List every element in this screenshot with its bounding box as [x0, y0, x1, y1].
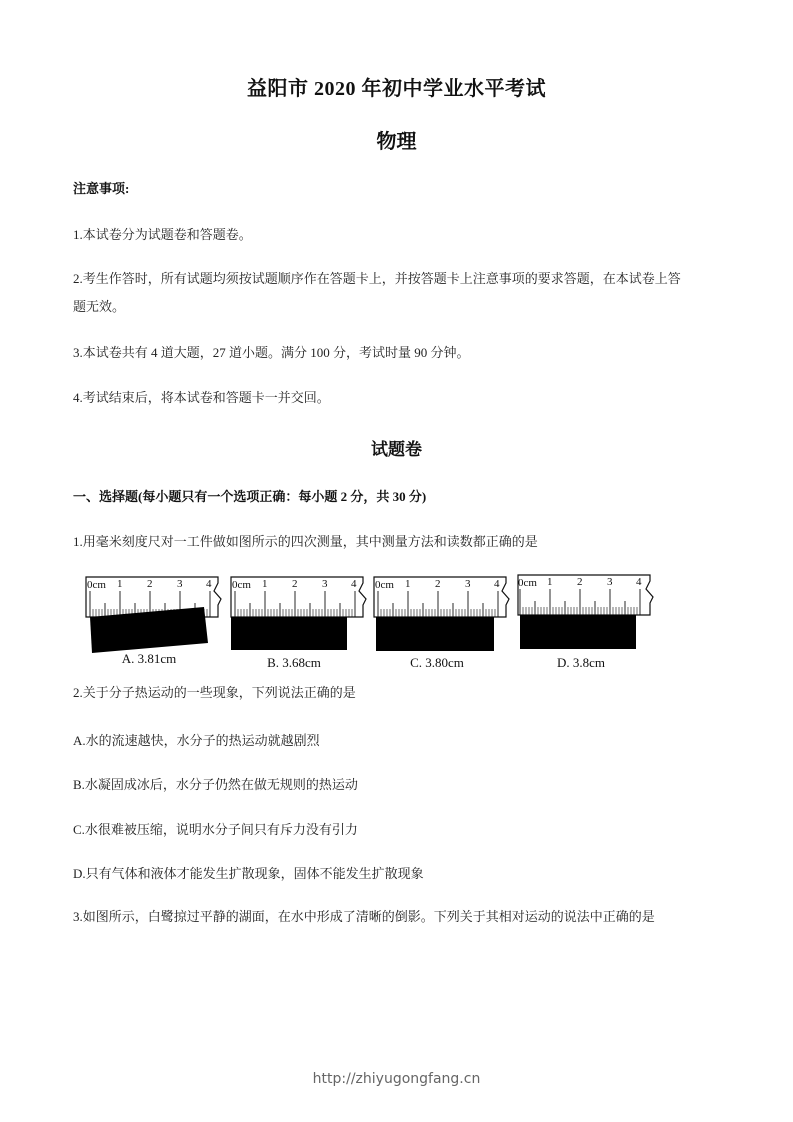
option-c-label: C. 3.80cm [372, 655, 502, 671]
question-3-stem: 3.如图所示，白鹭掠过平静的湖面，在水中形成了清晰的倒影。下列关于其相对运动的说… [73, 906, 655, 925]
svg-text:0cm: 0cm [375, 579, 394, 591]
svg-text:4: 4 [206, 578, 212, 590]
option-b-label: B. 3.68cm [229, 655, 359, 671]
notice-heading: 注意事项: [73, 178, 129, 197]
svg-text:2: 2 [577, 576, 583, 588]
exam-title: 益阳市 2020 年初中学业水平考试 [0, 72, 793, 101]
ruler-d-icon: 0cm 1 2 3 4 [516, 573, 656, 653]
ruler-option-c: 0cm 1 2 3 4 C. 3.80cm [372, 573, 512, 673]
svg-text:0cm: 0cm [87, 579, 106, 591]
ruler-figure: 0cm 1 2 3 4 A. 3.81cm [84, 573, 654, 673]
notice-item-1: 1.本试卷分为试题卷和答题卷。 [73, 224, 252, 243]
svg-text:3: 3 [465, 578, 471, 590]
question-2-option-b: B.水凝固成冰后，水分子仍然在做无规则的热运动 [73, 774, 358, 793]
svg-text:3: 3 [177, 578, 183, 590]
svg-text:1: 1 [405, 578, 411, 590]
subject-title: 物理 [0, 125, 793, 154]
question-2-option-a: A.水的流速越快，水分子的热运动就越剧烈 [73, 730, 320, 749]
question-1-stem: 1.用毫米刻度尺对一工件做如图所示的四次测量，其中测量方法和读数都正确的是 [73, 531, 538, 550]
svg-text:2: 2 [147, 578, 153, 590]
question-2-option-d: D.只有气体和液体才能发生扩散现象，固体不能发生扩散现象 [73, 863, 424, 882]
question-2-option-c: C.水很难被压缩，说明水分子间只有斥力没有引力 [73, 819, 358, 838]
notice-item-2: 2.考生作答时，所有试题均须按试题顺序作在答题卡上，并按答题卡上注意事项的要求答… [73, 268, 681, 287]
section-title: 试题卷 [0, 435, 793, 460]
question-2-stem: 2.关于分子热运动的一些现象，下列说法正确的是 [73, 682, 356, 701]
option-d-label: D. 3.8cm [516, 655, 646, 671]
svg-text:1: 1 [117, 578, 123, 590]
option-a-label: A. 3.81cm [84, 651, 214, 667]
svg-text:1: 1 [547, 576, 553, 588]
notice-item-3: 3.本试卷共有 4 道大题，27 道小题。满分 100 分，考试时量 90 分钟… [73, 342, 470, 361]
section-heading: 一、选择题(每小题只有一个选项正确：每小题 2 分，共 30 分) [73, 486, 426, 505]
notice-item-2-cont: 题无效。 [73, 296, 125, 315]
svg-text:0cm: 0cm [232, 579, 251, 591]
ruler-option-d: 0cm 1 2 3 4 D. 3.8cm [516, 573, 656, 673]
svg-text:1: 1 [262, 578, 268, 590]
svg-text:0cm: 0cm [518, 577, 537, 589]
ruler-option-b: 0cm 1 2 3 4 B. 3.68cm [229, 573, 369, 673]
svg-text:4: 4 [494, 578, 500, 590]
notice-item-4: 4.考试结束后，将本试卷和答题卡一并交回。 [73, 387, 330, 406]
ruler-b-icon: 0cm 1 2 3 4 [229, 573, 369, 653]
footer-url[interactable]: http://zhiyugongfang.cn [0, 1071, 793, 1087]
svg-text:4: 4 [351, 578, 357, 590]
svg-text:2: 2 [292, 578, 298, 590]
ruler-option-a: 0cm 1 2 3 4 A. 3.81cm [84, 573, 224, 673]
svg-text:3: 3 [607, 576, 613, 588]
svg-text:2: 2 [435, 578, 441, 590]
ruler-c-icon: 0cm 1 2 3 4 [372, 573, 512, 653]
ruler-a-icon: 0cm 1 2 3 4 [84, 573, 224, 653]
svg-text:4: 4 [636, 576, 642, 588]
svg-text:3: 3 [322, 578, 328, 590]
